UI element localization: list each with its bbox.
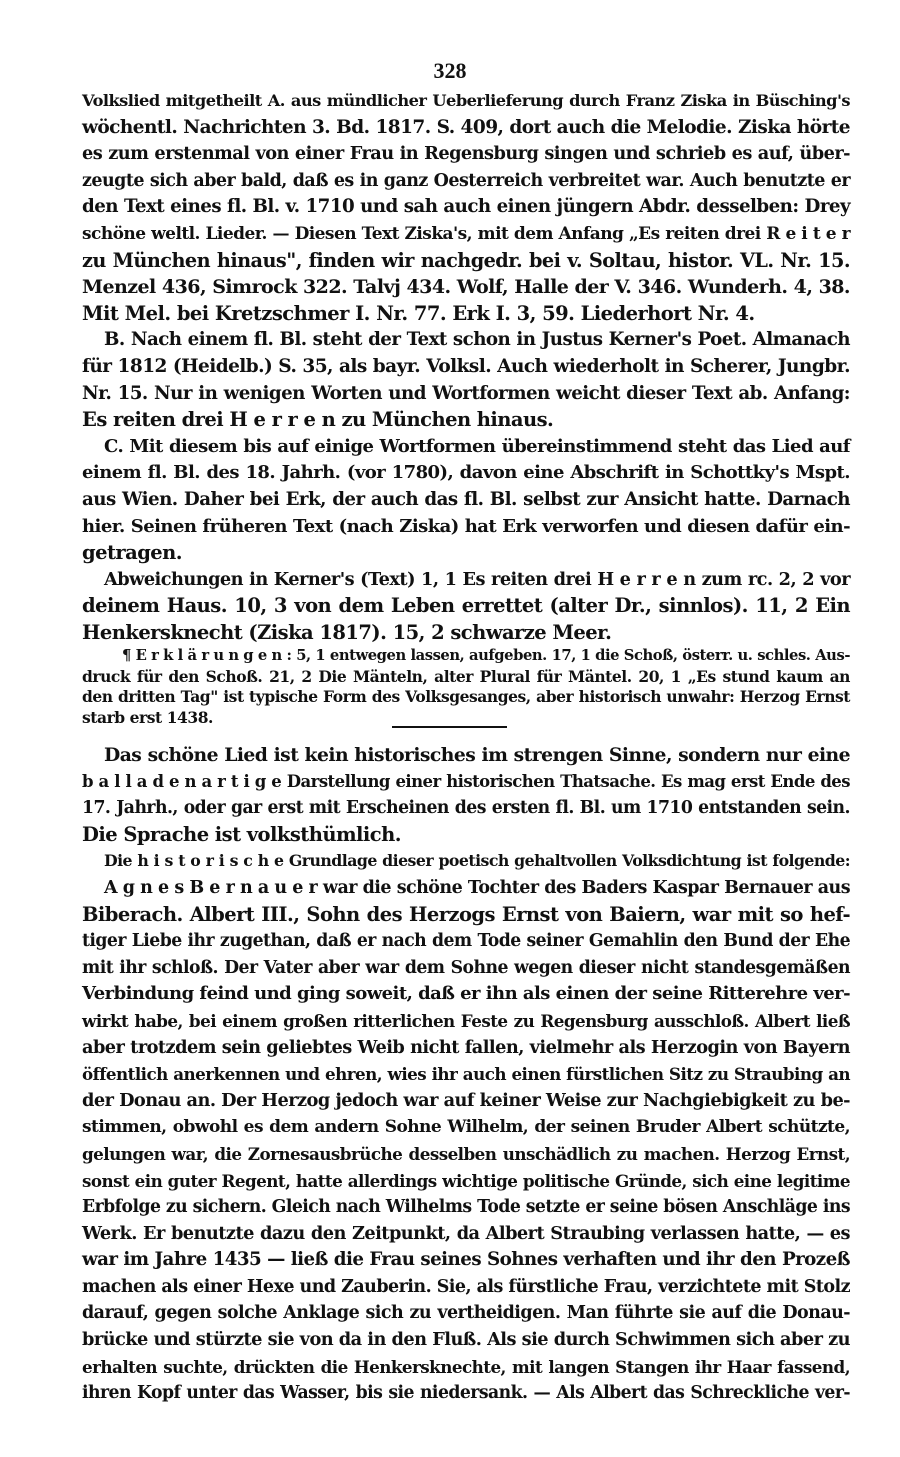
text-line: aus Wien. Daher bei Erk, der auch das fl…: [82, 487, 850, 514]
text-line: wöchentl. Nachrichten 3. Bd. 1817. S. 40…: [82, 115, 850, 142]
text-line: ihren Kopf unter das Wasser, bis sie nie…: [82, 1380, 850, 1407]
text-line: Das schöne Lied ist kein historisches im…: [82, 742, 850, 769]
text-line: Erbfolge zu sichern. Gleich nach Wilhelm…: [82, 1194, 850, 1221]
text-line: den dritten Tag" ist typische Form des V…: [82, 687, 850, 708]
text-line: deinem Haus. 10, 3 von dem Leben errette…: [82, 593, 850, 620]
text-line: stimmen, obwohl es dem andern Sohne Wilh…: [82, 1114, 850, 1141]
text-line: Mit Mel. bei Kretzschmer I. Nr. 77. Erk …: [82, 301, 850, 328]
text-line: zeugte sich aber bald, daß es in ganz Oe…: [82, 168, 850, 195]
text-line: b a l l a d e n a r t i g e Darstellung …: [82, 769, 850, 796]
text-line: Henkersknecht (Ziska 1817). 15, 2 schwar…: [82, 620, 850, 647]
text-line: Die h i s t o r i s c h e Grundlage dies…: [82, 848, 850, 875]
text-line: B. Nach einem fl. Bl. steht der Text sch…: [82, 327, 850, 354]
text-line: Verbindung feind und ging soweit, daß er…: [82, 981, 850, 1008]
text-line: brücke und stürzte sie von da in den Flu…: [82, 1327, 850, 1354]
text-line: hier. Seinen früheren Text (nach Ziska) …: [82, 514, 850, 541]
text-line: für 1812 (Heidelb.) S. 35, als bayr. Vol…: [82, 354, 850, 381]
text-line: starb erst 1438.: [82, 708, 850, 729]
text-line: öffentlich anerkennen und ehren, wies ih…: [82, 1061, 850, 1088]
explanations-footnote: ¶ E r k l ä r u n g e n : 5, 1 entwegen …: [82, 646, 850, 728]
text-line: einem fl. Bl. des 18. Jahrh. (vor 1780),…: [82, 460, 850, 487]
text-line: darauf, gegen solche Anklage sich zu ver…: [82, 1300, 850, 1327]
text-line: der Donau an. Der Herzog jedoch war auf …: [82, 1088, 850, 1115]
text-line: Werk. Er benutzte dazu den Zeitpunkt, da…: [82, 1221, 850, 1248]
text-line: druck für den Schoß. 21, 2 Die Mänteln, …: [82, 667, 850, 688]
text-line: sonst ein guter Regent, hatte allerdings…: [82, 1168, 850, 1195]
page-number: 328: [0, 58, 900, 84]
text-line: Nr. 15. Nur in wenigen Worten und Wortfo…: [82, 381, 850, 408]
text-line: aber trotzdem sein geliebtes Weib nicht …: [82, 1035, 850, 1062]
text-line: Die Sprache ist volksthümlich.: [82, 822, 850, 849]
text-line: war im Jahre 1435 — ließ die Frau seines…: [82, 1247, 850, 1274]
text-line: schöne weltl. Lieder. — Diesen Text Zisk…: [82, 221, 850, 248]
text-line: A g n e s B e r n a u e r war die schöne…: [82, 875, 850, 902]
text-line: 17. Jahrh., oder gar erst mit Erscheinen…: [82, 795, 850, 822]
text-line: wirkt habe, bei einem großen ritterliche…: [82, 1008, 850, 1035]
text-line: mit ihr schloß. Der Vater aber war dem S…: [82, 955, 850, 982]
text-line: den Text eines fl. Bl. v. 1710 und sah a…: [82, 194, 850, 221]
text-line: Volkslied mitgetheilt A. aus mündlicher …: [82, 88, 850, 115]
section-separator: [392, 726, 507, 728]
main-text: Das schöne Lied ist kein historisches im…: [82, 742, 850, 1407]
text-line: es zum erstenmal von einer Frau in Regen…: [82, 141, 850, 168]
text-line: erhalten suchte, drückten die Henkerskne…: [82, 1354, 850, 1381]
text-line: Es reiten drei H e r r e n zu München hi…: [82, 407, 850, 434]
text-line: Menzel 436, Simrock 322. Talvj 434. Wolf…: [82, 274, 850, 301]
text-line: gelungen war, die Zornesausbrüche dessel…: [82, 1141, 850, 1168]
text-line: C. Mit diesem bis auf einige Wortformen …: [82, 434, 850, 461]
text-line: getragen.: [82, 540, 850, 567]
text-line: Biberach. Albert III., Sohn des Herzogs …: [82, 902, 850, 929]
text-line: zu München hinaus", finden wir nachgedr.…: [82, 248, 850, 275]
text-line: Abweichungen in Kerner's (Text) 1, 1 Es …: [82, 567, 850, 594]
text-line: ¶ E r k l ä r u n g e n : 5, 1 entwegen …: [82, 646, 850, 667]
text-line: machen als einer Hexe und Zauberin. Sie,…: [82, 1274, 850, 1301]
notes-block: Volkslied mitgetheilt A. aus mündlicher …: [82, 88, 850, 646]
text-line: tiger Liebe ihr zugethan, daß er nach de…: [82, 928, 850, 955]
